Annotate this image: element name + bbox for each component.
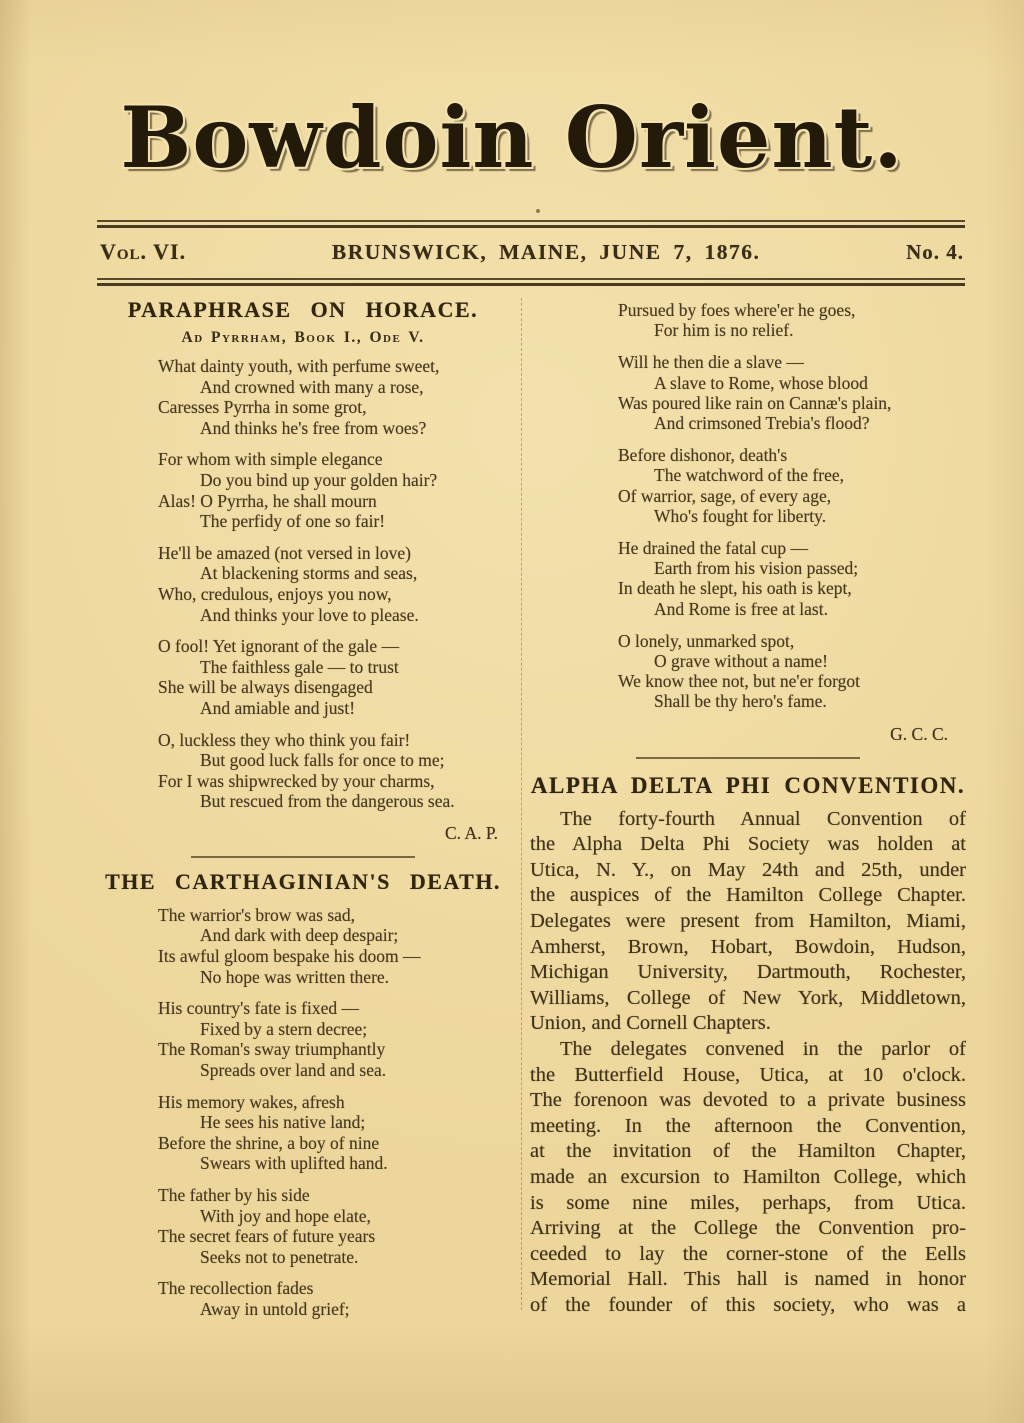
poem-stanza: Pursued by foes where'er he goes,For him…: [618, 300, 966, 340]
poem-line: O grave without a name!: [618, 651, 966, 671]
paragraph-line: Delegates were present from Hamilton, Mi…: [530, 909, 966, 935]
poem-stanza: He'll be amazed (not versed in love)At b…: [158, 543, 506, 625]
paragraph-line: The forty-fourth Annual Convention of: [530, 807, 966, 833]
poem2-continuation: Pursued by foes where'er he goes,For him…: [530, 300, 966, 712]
poem-line: O fool! Yet ignorant of the gale —: [158, 636, 506, 657]
dateline-rule: [97, 278, 965, 286]
poem-line: In death he slept, his oath is kept,: [618, 578, 966, 598]
paragraph-line: of the founder of this society, who was …: [530, 1293, 966, 1319]
poem-line: And dark with deep despair;: [158, 925, 506, 946]
poem-line: And thinks your love to please.: [158, 605, 506, 626]
poem-line: What dainty youth, with perfume sweet,: [158, 356, 506, 377]
poem-line: Do you bind up your golden hair?: [158, 470, 506, 491]
poem-line: And Rome is free at last.: [618, 599, 966, 619]
poem-stanza: Will he then die a slave —A slave to Rom…: [618, 352, 966, 433]
poem-line: Shall be thy hero's fame.: [618, 691, 966, 711]
paragraph-line: Amherst, Brown, Hobart, Bowdoin, Hudson,: [530, 935, 966, 961]
poem-line: Its awful gloom bespake his doom —: [158, 946, 506, 967]
volume-label: Vol. VI.: [100, 239, 186, 265]
poem2-signature: G. C. C.: [530, 724, 966, 744]
issue-number: No. 4.: [906, 240, 964, 265]
section-divider: [636, 757, 860, 759]
poem-line: He drained the fatal cup —: [618, 538, 966, 558]
poem-line: Away in untold grief;: [158, 1299, 506, 1320]
paragraph-line: Williams, College of New York, Middletow…: [530, 986, 966, 1012]
section-divider: [191, 856, 415, 858]
poem-line: Alas! O Pyrrha, he shall mourn: [158, 491, 506, 512]
issue-dateline: BRUNSWICK, MAINE, JUNE 7, 1876.: [332, 240, 760, 265]
poem-line: Who, credulous, enjoys you now,: [158, 584, 506, 605]
poem-line: The father by his side: [158, 1185, 506, 1206]
poem-line: Fixed by a stern decree;: [158, 1019, 506, 1040]
masthead-rule: [97, 220, 965, 228]
poem1-subtitle: Ad Pyrrham, Book I., Ode V.: [100, 329, 506, 347]
poem-line: O lonely, unmarked spot,: [618, 631, 966, 651]
paragraph-line: the Butterfield House, Utica, at 10 o'cl…: [530, 1063, 966, 1089]
paragraph-line: meeting. In the afternoon the Convention…: [530, 1114, 966, 1140]
paragraph-line: The forenoon was devoted to a private bu…: [530, 1088, 966, 1114]
poem1-title: PARAPHRASE ON HORACE.: [100, 296, 506, 324]
poem-line: Pursued by foes where'er he goes,: [618, 300, 966, 320]
poem1-signature: C. A. P.: [100, 823, 506, 843]
poem-line: He'll be amazed (not versed in love): [158, 543, 506, 564]
newspaper-page: Bowdoin Orient. Vol. VI. BRUNSWICK, MAIN…: [0, 0, 1024, 1423]
poem-line: Swears with uplifted hand.: [158, 1153, 506, 1174]
poem-line: Seeks not to penetrate.: [158, 1247, 506, 1268]
paragraph-line: Memorial Hall. This hall is named in hon…: [530, 1267, 966, 1293]
paragraph-line: Union, and Cornell Chapters.: [530, 1011, 966, 1037]
poem2-title: THE CARTHAGINIAN'S DEATH.: [100, 868, 506, 896]
column-divider: [521, 298, 522, 1310]
poem-line: He sees his native land;: [158, 1112, 506, 1133]
poem-line: And crowned with many a rose,: [158, 377, 506, 398]
article-title: ALPHA DELTA PHI CONVENTION.: [530, 771, 966, 801]
paragraph-line: ceeded to lay the corner-stone of the Ee…: [530, 1242, 966, 1268]
poem-line: At blackening storms and seas,: [158, 563, 506, 584]
paragraph-line: Utica, N. Y., on May 24th and 25th, unde…: [530, 858, 966, 884]
poem-stanza: O fool! Yet ignorant of the gale —The fa…: [158, 636, 506, 718]
paragraph-line: the Alpha Delta Phi Society was holden a…: [530, 832, 966, 858]
poem-line: A slave to Rome, whose blood: [618, 373, 966, 393]
dateline: Vol. VI. BRUNSWICK, MAINE, JUNE 7, 1876.…: [100, 239, 964, 265]
poem-line: Before the shrine, a boy of nine: [158, 1133, 506, 1154]
left-column: PARAPHRASE ON HORACE. Ad Pyrrham, Book I…: [100, 296, 506, 1331]
poem-line: Was poured like rain on Cannæ's plain,: [618, 393, 966, 413]
paragraph-line: The delegates convened in the parlor of: [530, 1037, 966, 1063]
article-paragraph: The forty-fourth Annual Convention ofthe…: [530, 807, 966, 1037]
poem2-body: The warrior's brow was sad,And dark with…: [100, 905, 506, 1320]
printers-mark: [536, 209, 540, 213]
poem-line: Will he then die a slave —: [618, 352, 966, 372]
poem-stanza: O, luckless they who think you fair!But …: [158, 730, 506, 812]
poem-line: But rescued from the dangerous sea.: [158, 791, 506, 812]
poem-line: For whom with simple elegance: [158, 449, 506, 470]
poem-line: Caresses Pyrrha in some grot,: [158, 397, 506, 418]
poem-line: Who's fought for liberty.: [618, 506, 966, 526]
poem-stanza: O lonely, unmarked spot,O grave without …: [618, 631, 966, 712]
poem-line: The secret fears of future years: [158, 1226, 506, 1247]
poem-line: The Roman's sway triumphantly: [158, 1039, 506, 1060]
poem-line: Earth from his vision passed;: [618, 558, 966, 578]
paragraph-line: the auspices of the Hamilton College Cha…: [530, 883, 966, 909]
poem-line: Of warrior, sage, of every age,: [618, 486, 966, 506]
poem-line: His memory wakes, afresh: [158, 1092, 506, 1113]
poem-line: The watchword of the free,: [618, 465, 966, 485]
poem-line: But good luck falls for once to me;: [158, 750, 506, 771]
poem-line: No hope was written there.: [158, 967, 506, 988]
paragraph-line: Arriving at the College the Convention p…: [530, 1216, 966, 1242]
paragraph-line: made an excursion to Hamilton College, w…: [530, 1165, 966, 1191]
poem-line: She will be always disengaged: [158, 677, 506, 698]
paragraph-line: is some nine miles, perhaps, from Utica.: [530, 1191, 966, 1217]
article-paragraph: The delegates convened in the parlor oft…: [530, 1037, 966, 1319]
poem-line: O, luckless they who think you fair!: [158, 730, 506, 751]
poem-line: The perfidy of one so fair!: [158, 511, 506, 532]
poem-line: Before dishonor, death's: [618, 445, 966, 465]
poem-line: The faithless gale — to trust: [158, 657, 506, 678]
paragraph-line: Michigan University, Dartmouth, Rocheste…: [530, 960, 966, 986]
poem-line: His country's fate is fixed —: [158, 998, 506, 1019]
poem-stanza: His memory wakes, afreshHe sees his nati…: [158, 1092, 506, 1174]
poem-line: With joy and hope elate,: [158, 1206, 506, 1227]
right-column: Pursued by foes where'er he goes,For him…: [530, 296, 966, 1319]
poem-stanza: The warrior's brow was sad,And dark with…: [158, 905, 506, 987]
poem-stanza: The recollection fadesAway in untold gri…: [158, 1278, 506, 1319]
poem-stanza: For whom with simple eleganceDo you bind…: [158, 449, 506, 531]
poem-stanza: He drained the fatal cup —Earth from his…: [618, 538, 966, 619]
poem-line: Spreads over land and sea.: [158, 1060, 506, 1081]
poem-stanza: Before dishonor, death'sThe watchword of…: [618, 445, 966, 526]
poem-line: For him is no relief.: [618, 320, 966, 340]
poem1-body: What dainty youth, with perfume sweet,An…: [100, 356, 506, 812]
poem-line: And amiable and just!: [158, 698, 506, 719]
poem-stanza: His country's fate is fixed —Fixed by a …: [158, 998, 506, 1080]
poem-stanza: The father by his sideWith joy and hope …: [158, 1185, 506, 1267]
poem-line: The recollection fades: [158, 1278, 506, 1299]
poem-line: And crimsoned Trebia's flood?: [618, 413, 966, 433]
poem-line: And thinks he's free from woes?: [158, 418, 506, 439]
poem-line: For I was shipwrecked by your charms,: [158, 771, 506, 792]
poem-stanza: What dainty youth, with perfume sweet,An…: [158, 356, 506, 438]
poem-line: The warrior's brow was sad,: [158, 905, 506, 926]
poem-line: We know thee not, but ne'er forgot: [618, 671, 966, 691]
paragraph-line: at the invitation of the Hamilton Chapte…: [530, 1139, 966, 1165]
masthead-title: Bowdoin Orient.: [0, 96, 1024, 180]
